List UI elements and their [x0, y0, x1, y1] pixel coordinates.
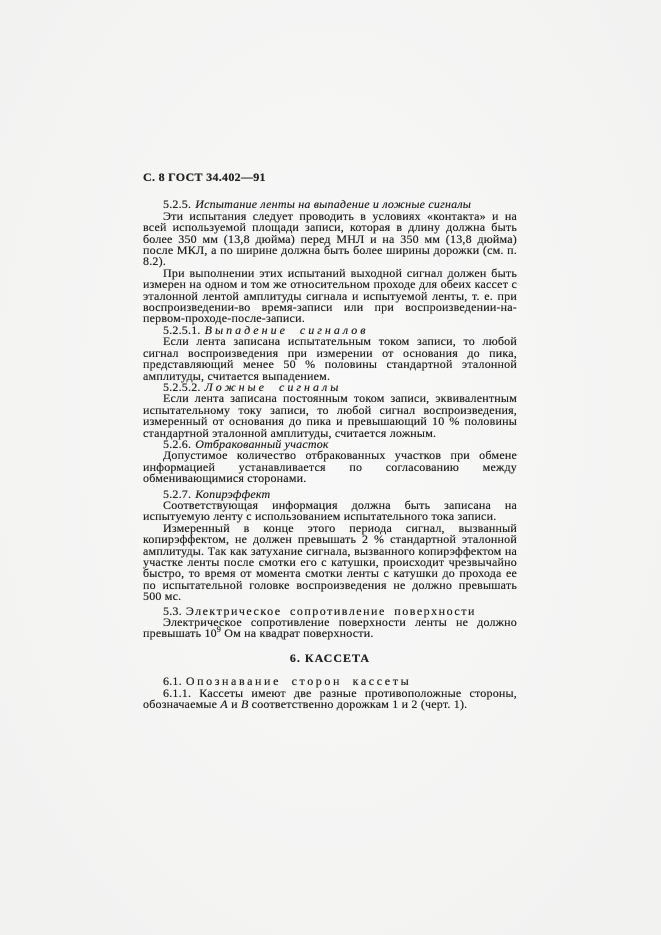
side-a-label: А [220, 697, 228, 711]
paragraph-test-conditions: Эти испытания следует проводить в услови… [143, 211, 517, 268]
paragraph-surface-resistance: Электрическое сопротивление поверхности … [143, 617, 517, 640]
text-column: С. 8 ГОСТ 34.402—91 5.2.5.Испытание лент… [143, 172, 517, 710]
paragraph-cassette-sides: 6.1.1. Кассеты имеют две разные противоп… [143, 688, 517, 711]
cassette-sides-tail: соответственно дорожкам 1 и 2 (черт. 1). [248, 697, 467, 711]
resistance-text-tail: Ом на квадрат поверхности. [221, 626, 374, 640]
cassette-sides-mid: и [228, 697, 241, 711]
paragraph-print-through-limit: Измеренный в конце этого периода сигнал,… [143, 523, 517, 603]
chapter-heading-6-cassette: 6. КАССЕТА [143, 653, 517, 664]
paragraph-rejected-sections: Допустимое количество отбракованных учас… [143, 450, 517, 484]
paragraph-dropout-definition: Если лента записана испытательным током … [143, 336, 517, 382]
scanned-document-page: С. 8 ГОСТ 34.402—91 5.2.5.Испытание лент… [0, 0, 661, 935]
paragraph-measurement-pass: При выполнении этих испытаний выходной с… [143, 268, 517, 325]
paragraph-false-signal-definition: Если лента записана постоянным током зап… [143, 393, 517, 439]
paragraph-print-through-record: Соответствующая информация должна быть з… [143, 500, 517, 523]
running-header: С. 8 ГОСТ 34.402—91 [143, 172, 517, 183]
